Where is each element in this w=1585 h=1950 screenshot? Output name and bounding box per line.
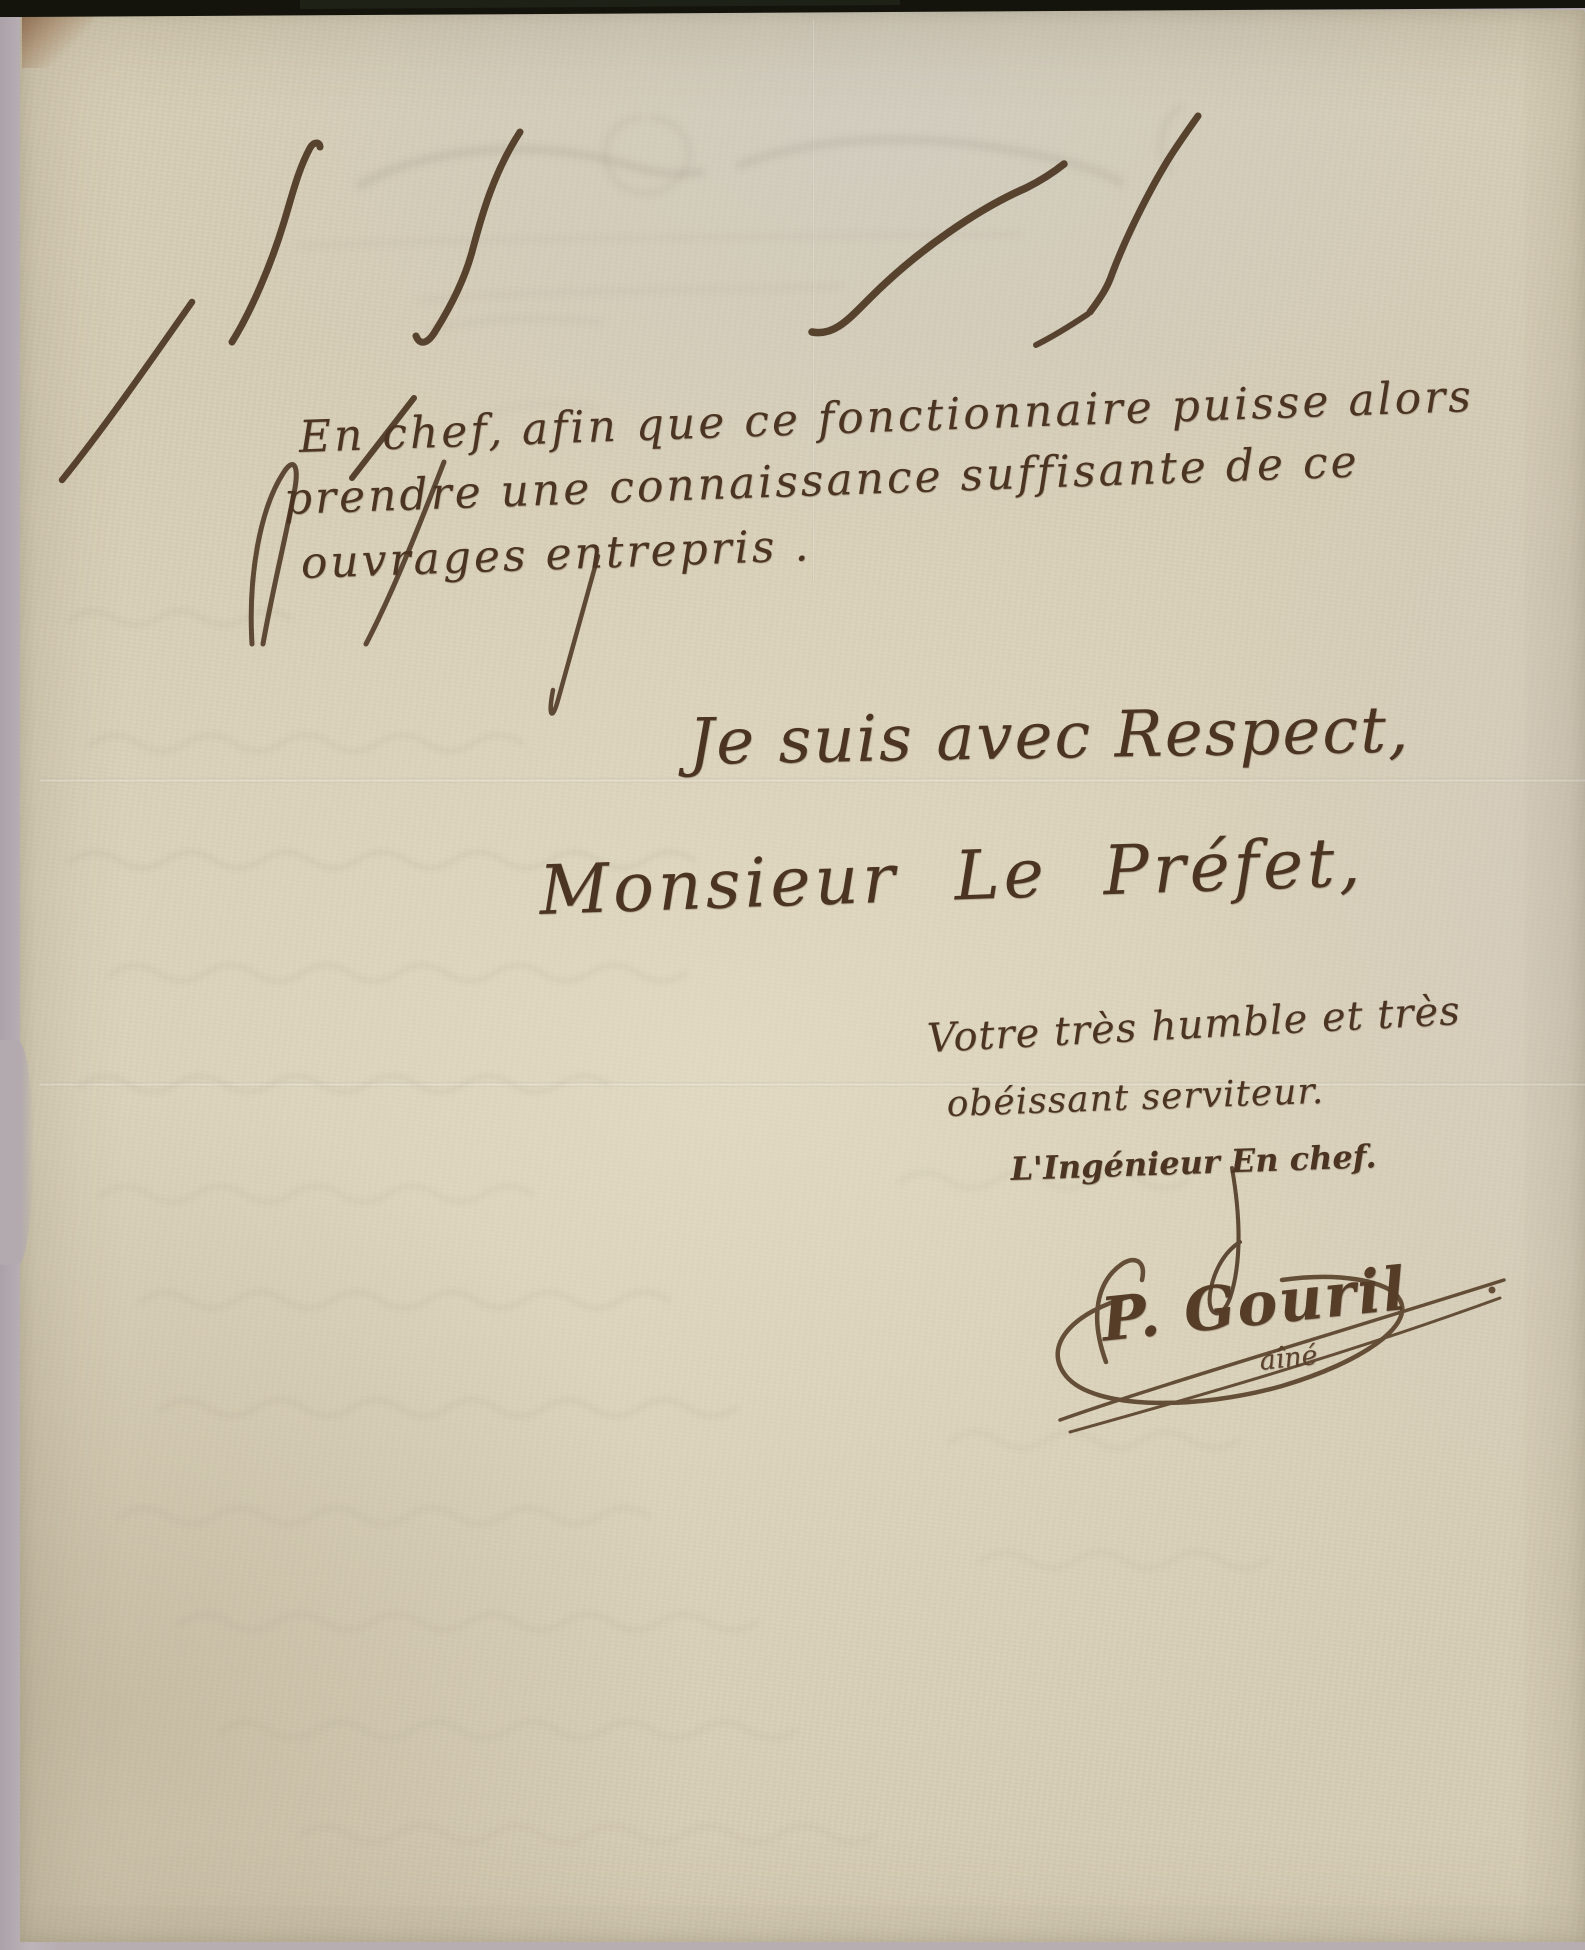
letter-paper	[20, 10, 1585, 1942]
torn-left-edge	[0, 1040, 34, 1265]
scanned-letter-page: En chef, afin que ce fonctionnaire puiss…	[0, 0, 1585, 1950]
closing-respect-line: Je suis avec Respect,	[688, 693, 1411, 780]
horizontal-fold-crease-lower	[40, 1082, 1585, 1087]
signature-suffix: aîné	[1258, 1340, 1319, 1377]
horizontal-fold-crease-upper	[40, 778, 1585, 783]
